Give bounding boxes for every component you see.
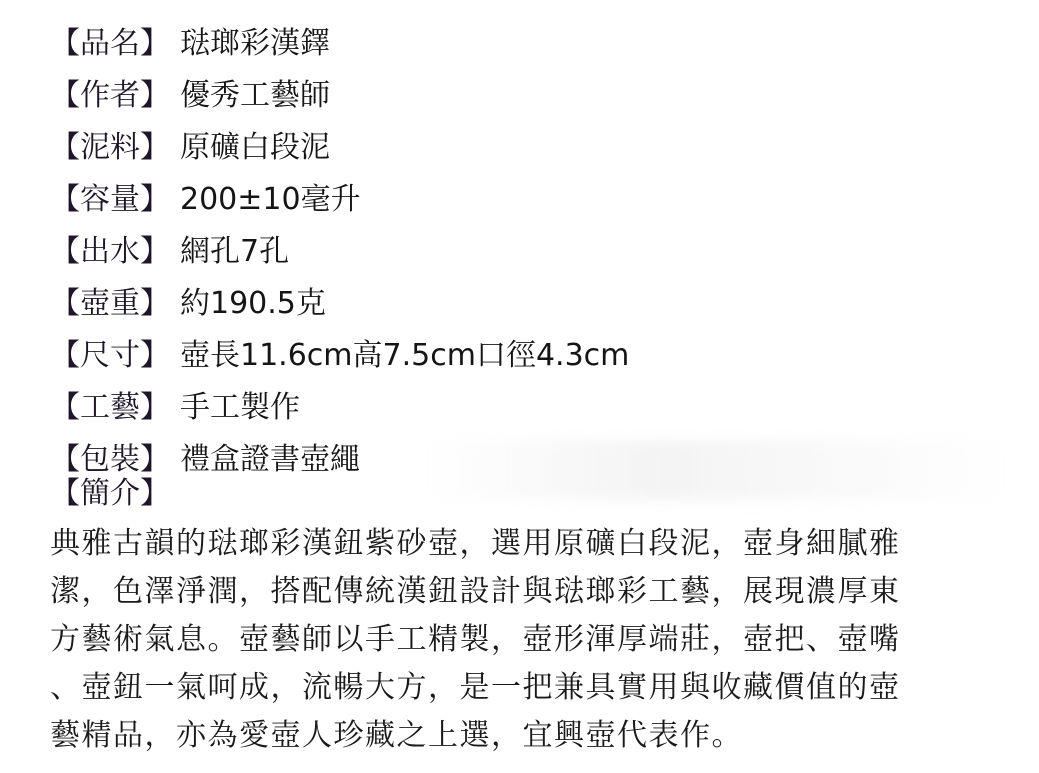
spec-value: 約190.5克: [180, 278, 326, 330]
spec-label: 【工藝】: [50, 382, 170, 434]
spec-row-weight: 【壺重】 約190.5克: [50, 278, 629, 330]
intro-heading: 【簡介】: [50, 468, 170, 520]
description-line: 典雅古韻的琺瑯彩漢鈕紫砂壺，選用原礦白段泥，壺身細膩雅: [50, 520, 1010, 568]
spec-value: 網孔7孔: [180, 226, 289, 278]
spec-value: 手工製作: [180, 382, 300, 434]
spec-label: 【泥料】: [50, 122, 170, 174]
spec-value: 200±10毫升: [180, 174, 361, 226]
spec-label: 【容量】: [50, 174, 170, 226]
spec-list: 【品名】 琺瑯彩漢鐸 【作者】 優秀工藝師 【泥料】 原礦白段泥 【容量】 20…: [50, 18, 629, 486]
spec-label: 【品名】: [50, 18, 170, 70]
intro-description: 典雅古韻的琺瑯彩漢鈕紫砂壺，選用原礦白段泥，壺身細膩雅 潔，色澤淨潤，搭配傳統漢…: [50, 520, 1010, 760]
spec-label: 【作者】: [50, 70, 170, 122]
spec-value: 禮盒證書壺繩: [180, 434, 360, 486]
spec-row-clay: 【泥料】 原礦白段泥: [50, 122, 629, 174]
spec-row-author: 【作者】 優秀工藝師: [50, 70, 629, 122]
spec-value: 原礦白段泥: [180, 122, 330, 174]
description-line: 方藝術氣息。壺藝師以手工精製，壺形渾厚端莊，壺把、壺嘴: [50, 616, 1010, 664]
spec-label: 【出水】: [50, 226, 170, 278]
spec-value: 壺長11.6cm高7.5cm口徑4.3cm: [180, 330, 629, 382]
spec-row-capacity: 【容量】 200±10毫升: [50, 174, 629, 226]
spec-row-size: 【尺寸】 壺長11.6cm高7.5cm口徑4.3cm: [50, 330, 629, 382]
spec-row-craft: 【工藝】 手工製作: [50, 382, 629, 434]
spec-row-name: 【品名】 琺瑯彩漢鐸: [50, 18, 629, 70]
spec-label: 【尺寸】: [50, 330, 170, 382]
spec-label: 【壺重】: [50, 278, 170, 330]
spec-value: 琺瑯彩漢鐸: [180, 18, 330, 70]
spec-row-spout: 【出水】 網孔7孔: [50, 226, 629, 278]
description-line: 潔，色澤淨潤，搭配傳統漢鈕設計與琺瑯彩工藝，展現濃厚東: [50, 568, 1010, 616]
description-line: 、壺鈕一氣呵成，流暢大方，是一把兼具實用與收藏價值的壺: [50, 664, 1010, 712]
spec-value: 優秀工藝師: [180, 70, 330, 122]
description-line: 藝精品，亦為愛壺人珍藏之上選，宜興壺代表作。: [50, 712, 1010, 760]
